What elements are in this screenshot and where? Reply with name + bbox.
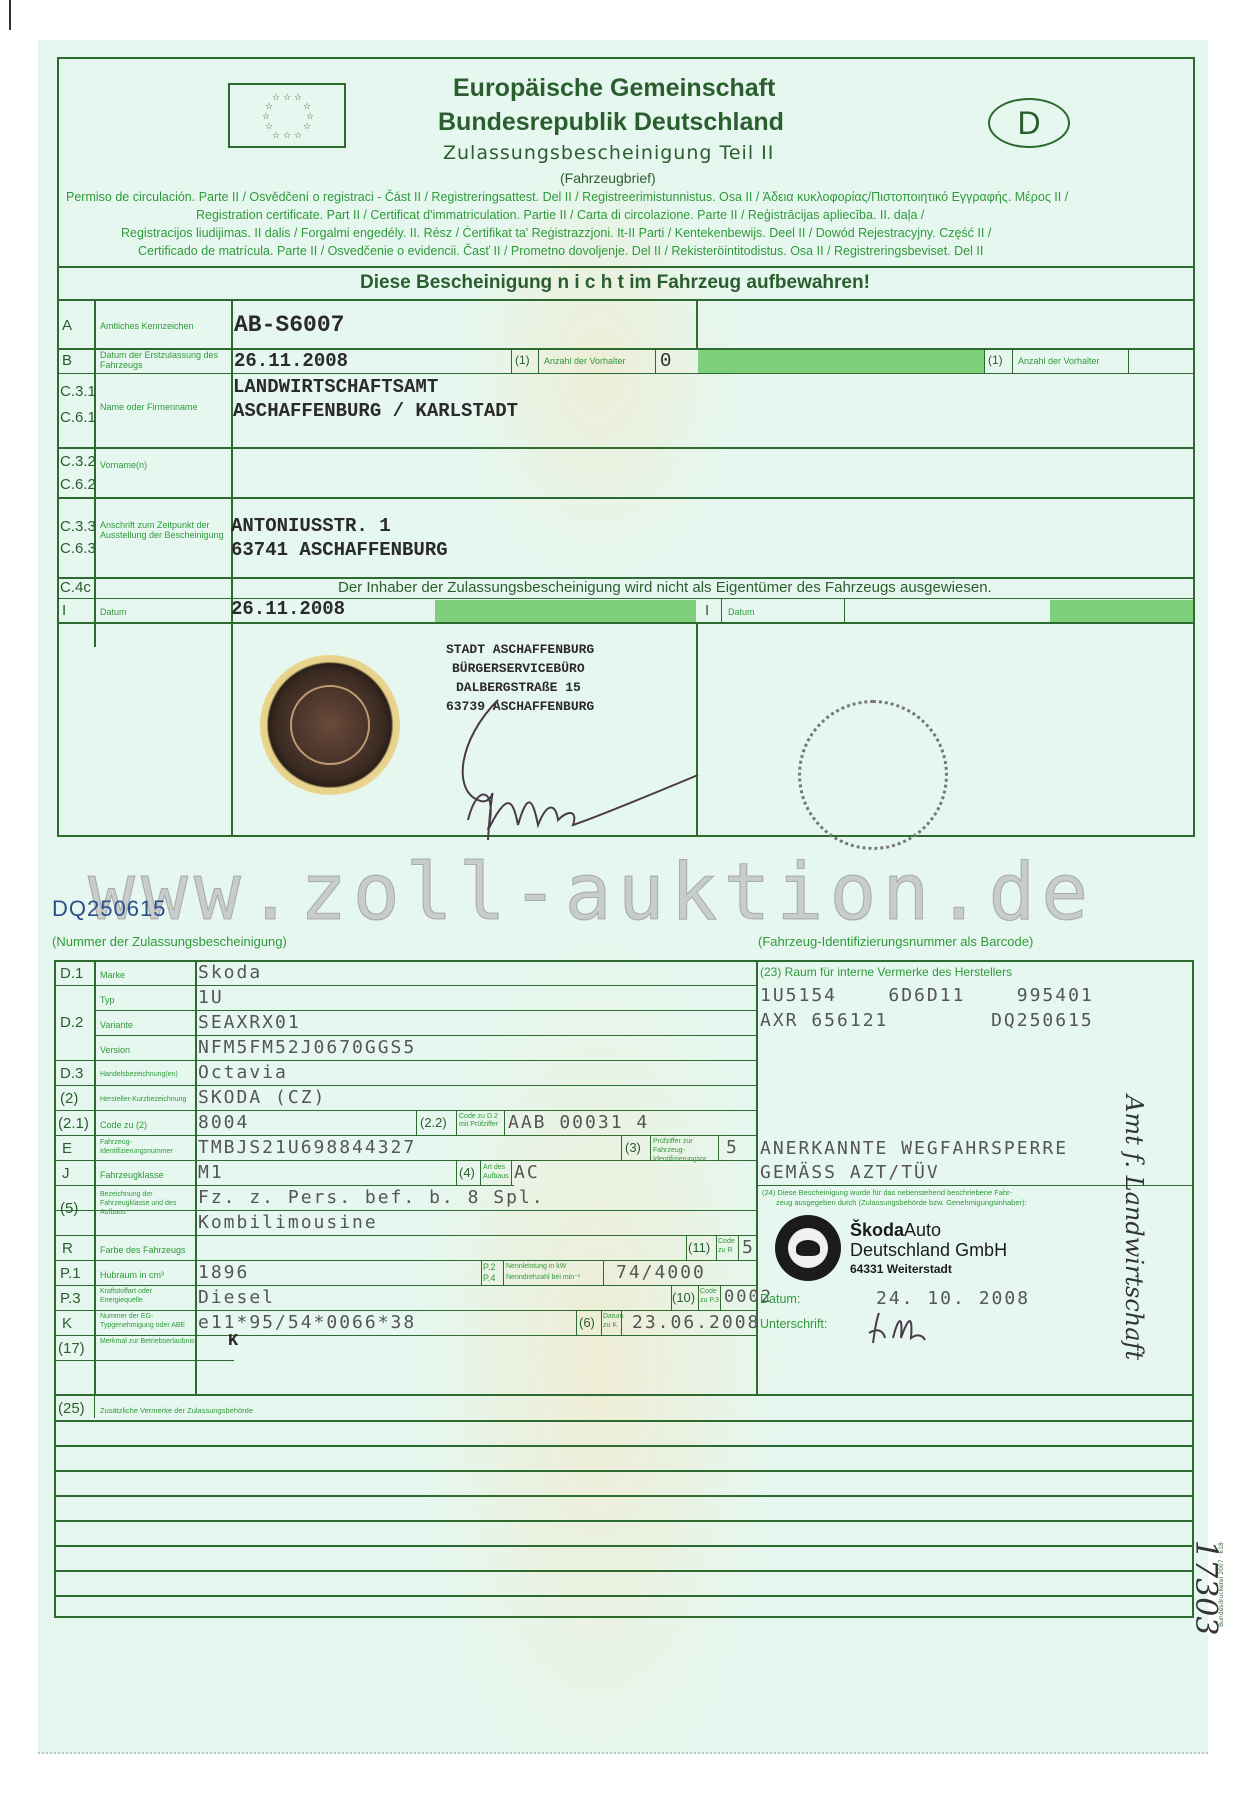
svg-text:☆: ☆ <box>303 102 311 112</box>
field-label-rpm: Nenndrehzahl bei min⁻¹ <box>506 1273 580 1283</box>
field-label-fuel: Kraftstoffart oder Energiequelle <box>100 1287 195 1305</box>
barcode-caption: (Fahrzeug-Identifizierungsnummer als Bar… <box>758 934 1033 949</box>
field-code-6: (6) <box>579 1315 595 1330</box>
field-label-class-desc: Bezeichnung der Fahrzeugklasse und des A… <box>100 1190 195 1217</box>
field-code-1: (1) <box>515 353 530 367</box>
remarks-line <box>54 1520 1194 1522</box>
printer-code: Bundesdruckerei 2007 · 618· <box>1218 1540 1225 1627</box>
field-code-i-right: I <box>705 602 709 619</box>
divider <box>538 349 539 373</box>
field-label-displacement: Hubraum in cm³ <box>100 1270 164 1280</box>
remarks-line <box>54 1595 1194 1597</box>
title-fahrzeugbrief: (Fahrzeugbrief) <box>560 170 656 186</box>
field-code-a: A <box>62 317 72 334</box>
version-value: NFM5FM52J0670GGS5 <box>198 1037 416 1058</box>
color-code-value: 5 <box>742 1237 755 1258</box>
field-label-body-type: Art des Aufbaus <box>483 1163 511 1181</box>
approval-date-value: 23.06.2008 <box>632 1312 760 1333</box>
handwritten-side-note: Amt f. Landwirtschaft <box>1120 1095 1148 1360</box>
field-label-date: Datum <box>100 607 127 617</box>
field-code-r: R <box>62 1240 73 1257</box>
field-label-b: Datum der Erstzulassung des Fahrzeugs <box>100 350 230 370</box>
field-code-e: E <box>62 1140 72 1157</box>
translation-line-4: Certificado de matrícula. Parte II / Osv… <box>138 244 983 258</box>
divider <box>655 349 656 373</box>
field-label-type: Typ <box>100 995 115 1005</box>
field-label-additional-remarks: Zusätzliche Vermerke der Zulassungsbehör… <box>100 1406 253 1416</box>
field-label-prev-holders: Anzahl der Vorhalter <box>544 356 626 366</box>
divider <box>1012 349 1013 373</box>
divider <box>511 1160 512 1185</box>
holder-name-line2: ASCHAFFENBURG / KARLSTADT <box>233 400 518 422</box>
issuer-date-value: 24. 10. 2008 <box>876 1288 1030 1309</box>
divider <box>54 1160 756 1161</box>
seal-placeholder <box>798 700 948 850</box>
field-label-address-text: Anschrift zum Zeitpunkt der Ausstellung … <box>100 520 224 540</box>
divider <box>57 299 1195 301</box>
divider <box>503 1260 504 1285</box>
divider <box>57 447 1195 449</box>
field-label-body-type-text: Art des Aufbaus <box>483 1164 509 1180</box>
divider <box>57 598 1195 599</box>
holder-address-line1: ANTONIUSSTR. 1 <box>231 515 391 537</box>
divider <box>716 1235 717 1260</box>
previous-holders-value: 0 <box>660 350 671 372</box>
field-code-p4: P.4 <box>483 1273 495 1283</box>
class-desc-line2: Kombilimousine <box>198 1212 378 1233</box>
field-code-d3: D.3 <box>60 1065 83 1082</box>
stamp-line-2: BÜRGERSERVICEBÜRO <box>452 661 585 676</box>
divider <box>844 598 845 622</box>
field-code-b: B <box>62 352 72 369</box>
field-label-prev-holders-right: Anzahl der Vorhalter <box>1018 356 1100 366</box>
code-2-2-value: AAB 00031 4 <box>508 1112 649 1133</box>
field-label-color-code: Code zu R <box>718 1237 738 1255</box>
issued-by-text-1: (24) Diese Bescheinigung wurde für das n… <box>762 1188 1012 1198</box>
divider <box>54 1085 756 1086</box>
divider <box>456 1160 457 1185</box>
translation-line-2: Registration certificate. Part II / Cert… <box>196 208 924 222</box>
class-desc-line1: Fz. z. Pers. bef. b. 8 Spl. <box>198 1187 545 1208</box>
official-seal <box>260 655 400 795</box>
divider <box>480 1160 481 1185</box>
divider <box>57 373 1195 374</box>
remarks-line <box>54 1470 1194 1472</box>
field-code-c4c: C.4c <box>60 579 91 596</box>
scan-edge-line <box>9 0 11 30</box>
field-code-i: I <box>62 602 66 619</box>
issuer-brand: Auto <box>904 1220 941 1240</box>
field-label-firstname: Vorname(n) <box>100 460 147 470</box>
divider <box>94 1394 95 1418</box>
license-plate-value: AB-S6007 <box>234 312 344 338</box>
eu-flag: ☆ ☆ ☆ ☆ ☆ ☆ ☆ ☆ ☆ ☆ ☆ ☆ <box>228 83 346 148</box>
variant-value: SEAXRX01 <box>198 1012 301 1033</box>
issuer-date-label: Datum: <box>760 1292 800 1306</box>
vin-value: TMBJS21U698844327 <box>198 1137 416 1158</box>
divider <box>603 1260 604 1285</box>
field-code-c31: C.3.1 <box>60 383 96 400</box>
field-code-2: (2) <box>60 1090 78 1107</box>
field-label-power: Nennleistung in kW <box>506 1262 566 1272</box>
issued-by-text-2: zeug ausgegeben durch (Zulassungsbehörde… <box>776 1198 1027 1208</box>
coat-of-arms-icon <box>290 685 370 765</box>
manufacturer-signature <box>863 1308 953 1348</box>
field-code-2-2: (2.2) <box>420 1115 447 1130</box>
field-label-approval-date-text: Datum zu K <box>603 1313 624 1329</box>
field-label-type-approval: Nummer der EG-Typgenehmigung oder ABE <box>100 1312 195 1330</box>
fuel-value: Diesel <box>198 1287 275 1308</box>
divider <box>54 1185 514 1186</box>
divider <box>57 497 1195 499</box>
divider <box>416 1110 417 1135</box>
field-label-manufacturer: Hersteller-Kurzbezeichnung <box>100 1095 186 1105</box>
divider <box>686 1235 687 1260</box>
divider <box>718 1135 719 1160</box>
first-registration-date: 26.11.2008 <box>234 350 348 372</box>
green-fill-b <box>698 350 984 373</box>
field-code-2-1: (2.1) <box>58 1115 89 1132</box>
field-label-trade-name: Handelsbezeichnung(en) <box>100 1070 178 1080</box>
field-code-k: K <box>62 1315 72 1332</box>
operating-permit-value: K <box>228 1332 238 1351</box>
divider <box>481 1260 482 1285</box>
field-label-date-right: Datum <box>728 607 755 617</box>
divider <box>720 1285 721 1310</box>
divider <box>738 1235 739 1260</box>
field-label-vin: Fahrzeug-Identifizierungsnummer <box>100 1138 195 1156</box>
divider <box>54 1360 234 1361</box>
divider <box>698 1285 699 1310</box>
remarks-line <box>54 1545 1194 1547</box>
svg-text:☆: ☆ <box>262 112 270 122</box>
divider <box>54 1335 576 1336</box>
skoda-logo-icon <box>775 1215 841 1281</box>
svg-text:☆ ☆ ☆: ☆ ☆ ☆ <box>272 131 302 141</box>
issuer-line2: Deutschland GmbH <box>850 1240 1007 1261</box>
field-label-address: Anschrift zum Zeitpunkt der Ausstellung … <box>100 520 230 540</box>
warning-text: Diese Bescheinigung n i c h t im Fahrzeu… <box>360 272 870 294</box>
svg-text:☆: ☆ <box>265 102 273 112</box>
displacement-value: 1896 <box>198 1262 249 1283</box>
field-label-make: Marke <box>100 970 125 980</box>
field-label-approval-date: Datum zu K <box>603 1312 621 1330</box>
ownership-notice: Der Inhaber der Zulassungsbescheinigung … <box>338 579 992 596</box>
green-fill-i <box>435 600 696 622</box>
field-label-operating-permit-text: Merkmal zur Betriebserlaubnis <box>100 1338 195 1345</box>
divider <box>195 960 197 1394</box>
field-label-version: Version <box>100 1045 130 1055</box>
remarks-line <box>54 1445 1194 1447</box>
field-label-type-approval-text: Nummer der EG-Typgenehmigung oder ABE <box>100 1313 185 1329</box>
field-code-c63: C.6.3 <box>60 540 96 557</box>
type-approval-value: e11*95/54*0066*38 <box>198 1312 416 1333</box>
registration-certificate-document: ☆ ☆ ☆ ☆ ☆ ☆ ☆ ☆ ☆ ☆ ☆ ☆ Europäische Geme… <box>38 40 1208 1754</box>
divider <box>54 1260 756 1261</box>
code-2-value: 8004 <box>198 1112 249 1133</box>
field-label-variant: Variante <box>100 1020 133 1030</box>
field-code-1-right: (1) <box>988 353 1003 367</box>
eu-stars-icon: ☆ ☆ ☆ ☆ ☆ ☆ ☆ ☆ ☆ ☆ ☆ ☆ <box>230 85 344 146</box>
field-label-name: Name oder Firmenname <box>100 402 198 412</box>
field-code-3: (3) <box>625 1140 641 1155</box>
field-code-5: (5) <box>60 1200 78 1217</box>
check-digit-value: 5 <box>726 1137 739 1158</box>
field-label-code-2-2: Code zu D.2 mit Prüfziffer <box>459 1113 504 1129</box>
divider <box>601 1310 602 1335</box>
divider <box>984 349 985 373</box>
stamp-line-1: STADT ASCHAFFENBURG <box>446 642 594 657</box>
divider <box>94 1035 756 1036</box>
divider <box>94 960 96 1394</box>
holder-name-line1: LANDWIRTSCHAFTSAMT <box>233 376 438 398</box>
field-label-fuel-code-text: Code zu P.3 <box>700 1288 719 1304</box>
skoda-logo-inner <box>788 1228 828 1268</box>
holder-address-line2: 63741 ASCHAFFENBURG <box>231 539 448 561</box>
title-brd: Bundesrepublik Deutschland <box>438 108 784 137</box>
divider <box>54 985 756 986</box>
divider <box>54 1060 756 1061</box>
body-type-value: AC <box>514 1162 540 1183</box>
field-label-class-desc-text: Bezeichnung der Fahrzeugklasse und des A… <box>100 1191 176 1216</box>
divider <box>54 1235 756 1236</box>
divider <box>57 622 1195 624</box>
watermark: www.zoll-auktion.de <box>88 848 1094 938</box>
field-code-4: (4) <box>459 1165 475 1180</box>
field-code-p3: P.3 <box>60 1290 81 1307</box>
divider <box>511 349 512 373</box>
svg-text:☆: ☆ <box>306 112 314 122</box>
certificate-number: DQ250615 <box>52 896 166 922</box>
translation-line-1: Permiso de circulación. Parte II / Osvěd… <box>66 190 1068 204</box>
divider <box>54 1420 1194 1422</box>
field-code-25: (25) <box>58 1400 85 1417</box>
translation-line-3: Registracijos liudijimas. II dalis / For… <box>121 226 991 240</box>
certificate-number-caption: (Nummer der Zulassungsbescheinigung) <box>52 934 287 949</box>
immobilizer-note-line1: ANERKANNTE WEGFAHRSPERRE <box>760 1138 1068 1159</box>
field-label-b-text: Datum der Erstzulassung des Fahrzeugs <box>100 350 218 370</box>
field-label-check-digit-text: Prüfziffer zur Fahrzeug-Identifizierungs… <box>653 1138 708 1163</box>
divider <box>696 299 698 349</box>
issuer-line3: 64331 Weiterstadt <box>850 1262 952 1276</box>
issue-date: 26.11.2008 <box>231 598 345 620</box>
title-zb2: Zulassungsbescheinigung Teil II <box>443 142 774 164</box>
issuer-name: ŠkodaAuto <box>850 1220 941 1241</box>
divider <box>576 1310 577 1335</box>
country-code-badge: D <box>988 98 1070 148</box>
remarks-line <box>54 1495 1194 1497</box>
field-label-fuel-text: Kraftstoffart oder Energiequelle <box>100 1288 152 1304</box>
field-label-fuel-code: Code zu P.3 <box>700 1287 720 1305</box>
divider <box>456 1110 457 1135</box>
field-code-d2: D.2 <box>60 1014 83 1031</box>
field-code-11: (11) <box>688 1240 710 1255</box>
field-code-d1: D.1 <box>60 965 83 982</box>
manufacturer-notes-line2: AXR 656121 DQ250615 <box>760 1010 1094 1031</box>
field-code-p2: P.2 <box>483 1262 495 1272</box>
field-code-j: J <box>62 1165 70 1182</box>
divider <box>94 299 96 647</box>
field-code-c61: C.6.1 <box>60 409 96 426</box>
field-code-c62: C.6.2 <box>60 476 96 493</box>
trade-name-value: Octavia <box>198 1062 288 1083</box>
field-code-17: (17) <box>58 1340 85 1357</box>
make-value: Skoda <box>198 962 262 983</box>
manufacturer-notes-label: (23) Raum für interne Vermerke des Herst… <box>760 965 1012 979</box>
field-code-10: (10) <box>672 1290 695 1305</box>
field-code-c33: C.3.3 <box>60 518 96 535</box>
divider <box>57 266 1195 268</box>
svg-text:☆: ☆ <box>303 122 311 132</box>
divider <box>54 1110 756 1111</box>
divider <box>1128 349 1129 373</box>
field-label-check-digit: Prüfziffer zur Fahrzeug-Identifizierungs… <box>653 1137 718 1164</box>
svg-text:☆ ☆ ☆: ☆ ☆ ☆ <box>272 93 302 103</box>
field-label-color-code-text: Code zu R <box>718 1238 735 1254</box>
remarks-line <box>54 1570 1194 1572</box>
field-label-vehicle-class: Fahrzeugklasse <box>100 1170 164 1180</box>
field-label-a: Amtliches Kennzeichen <box>100 321 194 331</box>
divider <box>721 598 722 622</box>
manufacturer-notes-line1: 1U5154 6D6D11 995401 <box>760 985 1094 1006</box>
issuer-signature-label: Unterschrift: <box>760 1317 827 1331</box>
power-rpm-value: 74/4000 <box>616 1262 706 1283</box>
field-code-c32: C.3.2 <box>60 453 96 470</box>
divider <box>54 1285 756 1286</box>
divider <box>54 1310 756 1311</box>
field-label-code-2-2-text: Code zu D.2 mit Prüfziffer <box>459 1113 498 1128</box>
divider <box>54 1394 1194 1396</box>
divider <box>650 1135 651 1160</box>
field-label-code-2: Code zu (2) <box>100 1120 147 1130</box>
vehicle-class-value: M1 <box>198 1162 224 1183</box>
green-fill-i-right <box>1050 600 1193 622</box>
title-ec: Europäische Gemeinschaft <box>453 74 775 103</box>
divider <box>621 1135 622 1160</box>
issuer-brand-bold: Škoda <box>850 1220 904 1240</box>
manufacturer-value: SKODA (CZ) <box>198 1087 326 1108</box>
type-value: 1U <box>198 987 224 1008</box>
divider <box>94 1010 756 1011</box>
field-label-vin-text: Fahrzeug-Identifizierungsnummer <box>100 1139 173 1155</box>
field-label-color: Farbe des Fahrzeugs <box>100 1245 186 1255</box>
divider <box>576 1335 756 1336</box>
immobilizer-note-line2: GEMÄSS AZT/TÜV <box>760 1162 940 1183</box>
skoda-arrow-icon <box>796 1240 820 1256</box>
divider <box>504 1110 505 1135</box>
field-code-p1: P.1 <box>60 1265 81 1282</box>
official-signature <box>438 680 738 850</box>
field-label-operating-permit: Merkmal zur Betriebserlaubnis <box>100 1337 195 1346</box>
